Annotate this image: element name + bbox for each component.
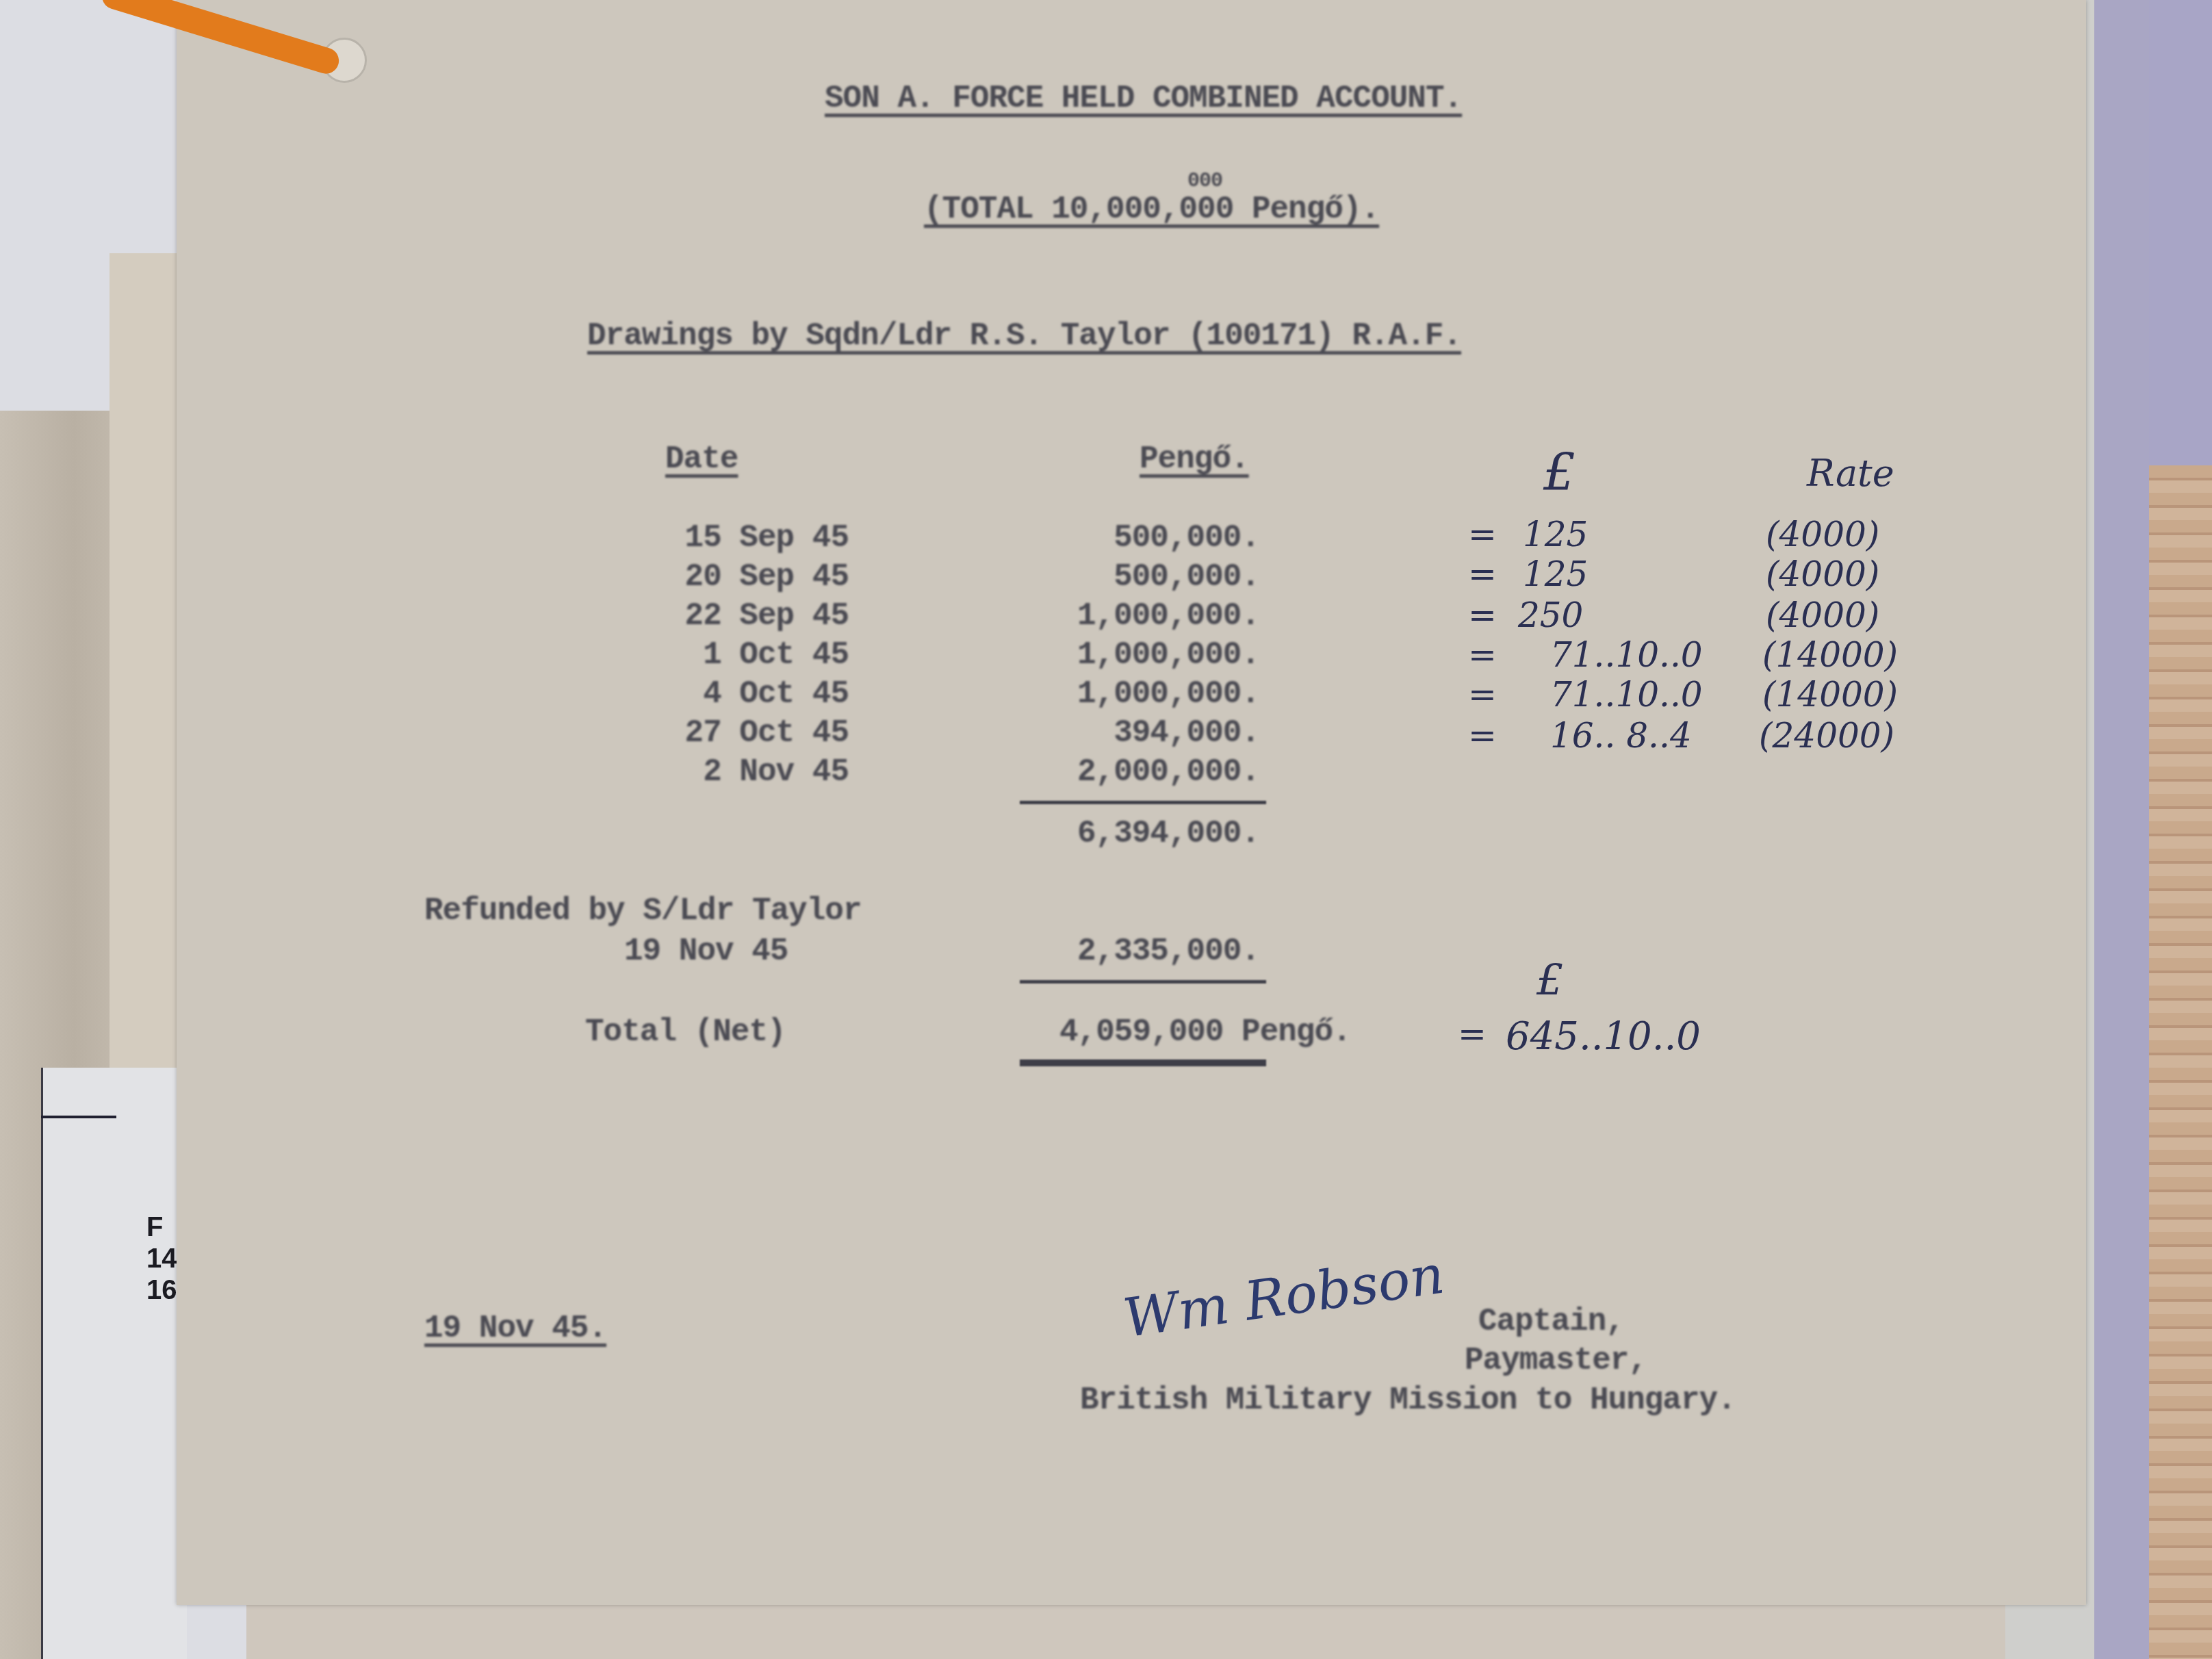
row-date: 1 Oct 45: [657, 637, 849, 673]
row-pounds: 71..10..0: [1550, 675, 1703, 715]
column-header-date: Date: [665, 441, 738, 477]
row-eq: =: [1468, 716, 1497, 756]
column-header-pengo: Pengő.: [1140, 441, 1249, 477]
subtotal-rule: [1020, 801, 1266, 804]
total-pounds: 645..10..0: [1506, 1014, 1701, 1059]
total-amount: 4,059,000 Pengő.: [1059, 1014, 1351, 1050]
row-pengo: 1,000,000.: [986, 637, 1259, 673]
row-pengo: 500,000.: [986, 559, 1259, 595]
total-eq: =: [1458, 1014, 1487, 1054]
row-eq: =: [1468, 554, 1497, 594]
row-pounds: 125: [1523, 515, 1588, 554]
signatory-rank: Captain,: [1478, 1304, 1624, 1339]
row-rate: (4000): [1766, 554, 1879, 594]
signatory-role: Paymaster,: [1465, 1343, 1647, 1378]
row-date: 22 Sep 45: [657, 598, 849, 634]
document-title: SON A. FORCE HELD COMBINED ACCOUNT.: [825, 81, 1462, 116]
row-rate: (14000): [1762, 635, 1898, 675]
total-pounds-symbol: £: [1536, 955, 1563, 1005]
refund-date: 19 Nov 45: [624, 934, 788, 969]
row-eq: =: [1468, 675, 1497, 715]
row-pengo: 394,000.: [986, 715, 1259, 751]
footer-date: 19 Nov 45.: [424, 1311, 606, 1346]
row-pounds: 71..10..0: [1550, 635, 1703, 675]
row-rate: (14000): [1762, 675, 1898, 715]
underlying-tan-flap: [110, 253, 178, 1143]
row-pounds: 250: [1518, 595, 1583, 635]
column-header-rate: Rate: [1807, 452, 1894, 495]
row-eq: =: [1468, 635, 1497, 675]
row-date: 20 Sep 45: [657, 559, 849, 595]
drawings-heading: Drawings by Sqdn/Ldr R.S. Taylor (100171…: [587, 318, 1461, 354]
underlying-typed-page: [41, 1068, 187, 1659]
refund-amount: 2,335,000.: [986, 934, 1259, 969]
row-eq: =: [1468, 515, 1497, 554]
row-eq: =: [1468, 595, 1497, 635]
column-header-pounds: £: [1543, 443, 1576, 502]
row-pengo: 2,000,000.: [986, 754, 1259, 790]
underlying-page-rule: [41, 1116, 116, 1118]
row-date: 2 Nov 45: [657, 754, 849, 790]
total-label: Total (Net): [585, 1014, 786, 1050]
row-rate: (4000): [1766, 595, 1879, 635]
subtitle-insertion: 000: [1187, 170, 1222, 193]
row-pengo: 1,000,000.: [986, 598, 1259, 634]
subtotal-amount: 6,394,000.: [986, 816, 1259, 851]
signatory-unit: British Military Mission to Hungary.: [1080, 1382, 1736, 1418]
row-date: 4 Oct 45: [657, 676, 849, 712]
row-date: 15 Sep 45: [657, 520, 849, 556]
row-pounds: 16.. 8..4: [1550, 716, 1692, 756]
row-pengo: 500,000.: [986, 520, 1259, 556]
row-rate: (4000): [1766, 515, 1879, 554]
row-pengo: 1,000,000.: [986, 676, 1259, 712]
refund-rule: [1020, 980, 1266, 983]
row-date: 27 Oct 45: [657, 715, 849, 751]
row-pounds: 125: [1523, 554, 1588, 594]
document-subtitle: (TOTAL 10,000,000 Pengő).: [924, 192, 1379, 227]
refund-label: Refunded by S/Ldr Taylor: [424, 893, 862, 929]
total-double-rule: [1020, 1059, 1266, 1066]
row-rate: (24000): [1759, 716, 1894, 756]
